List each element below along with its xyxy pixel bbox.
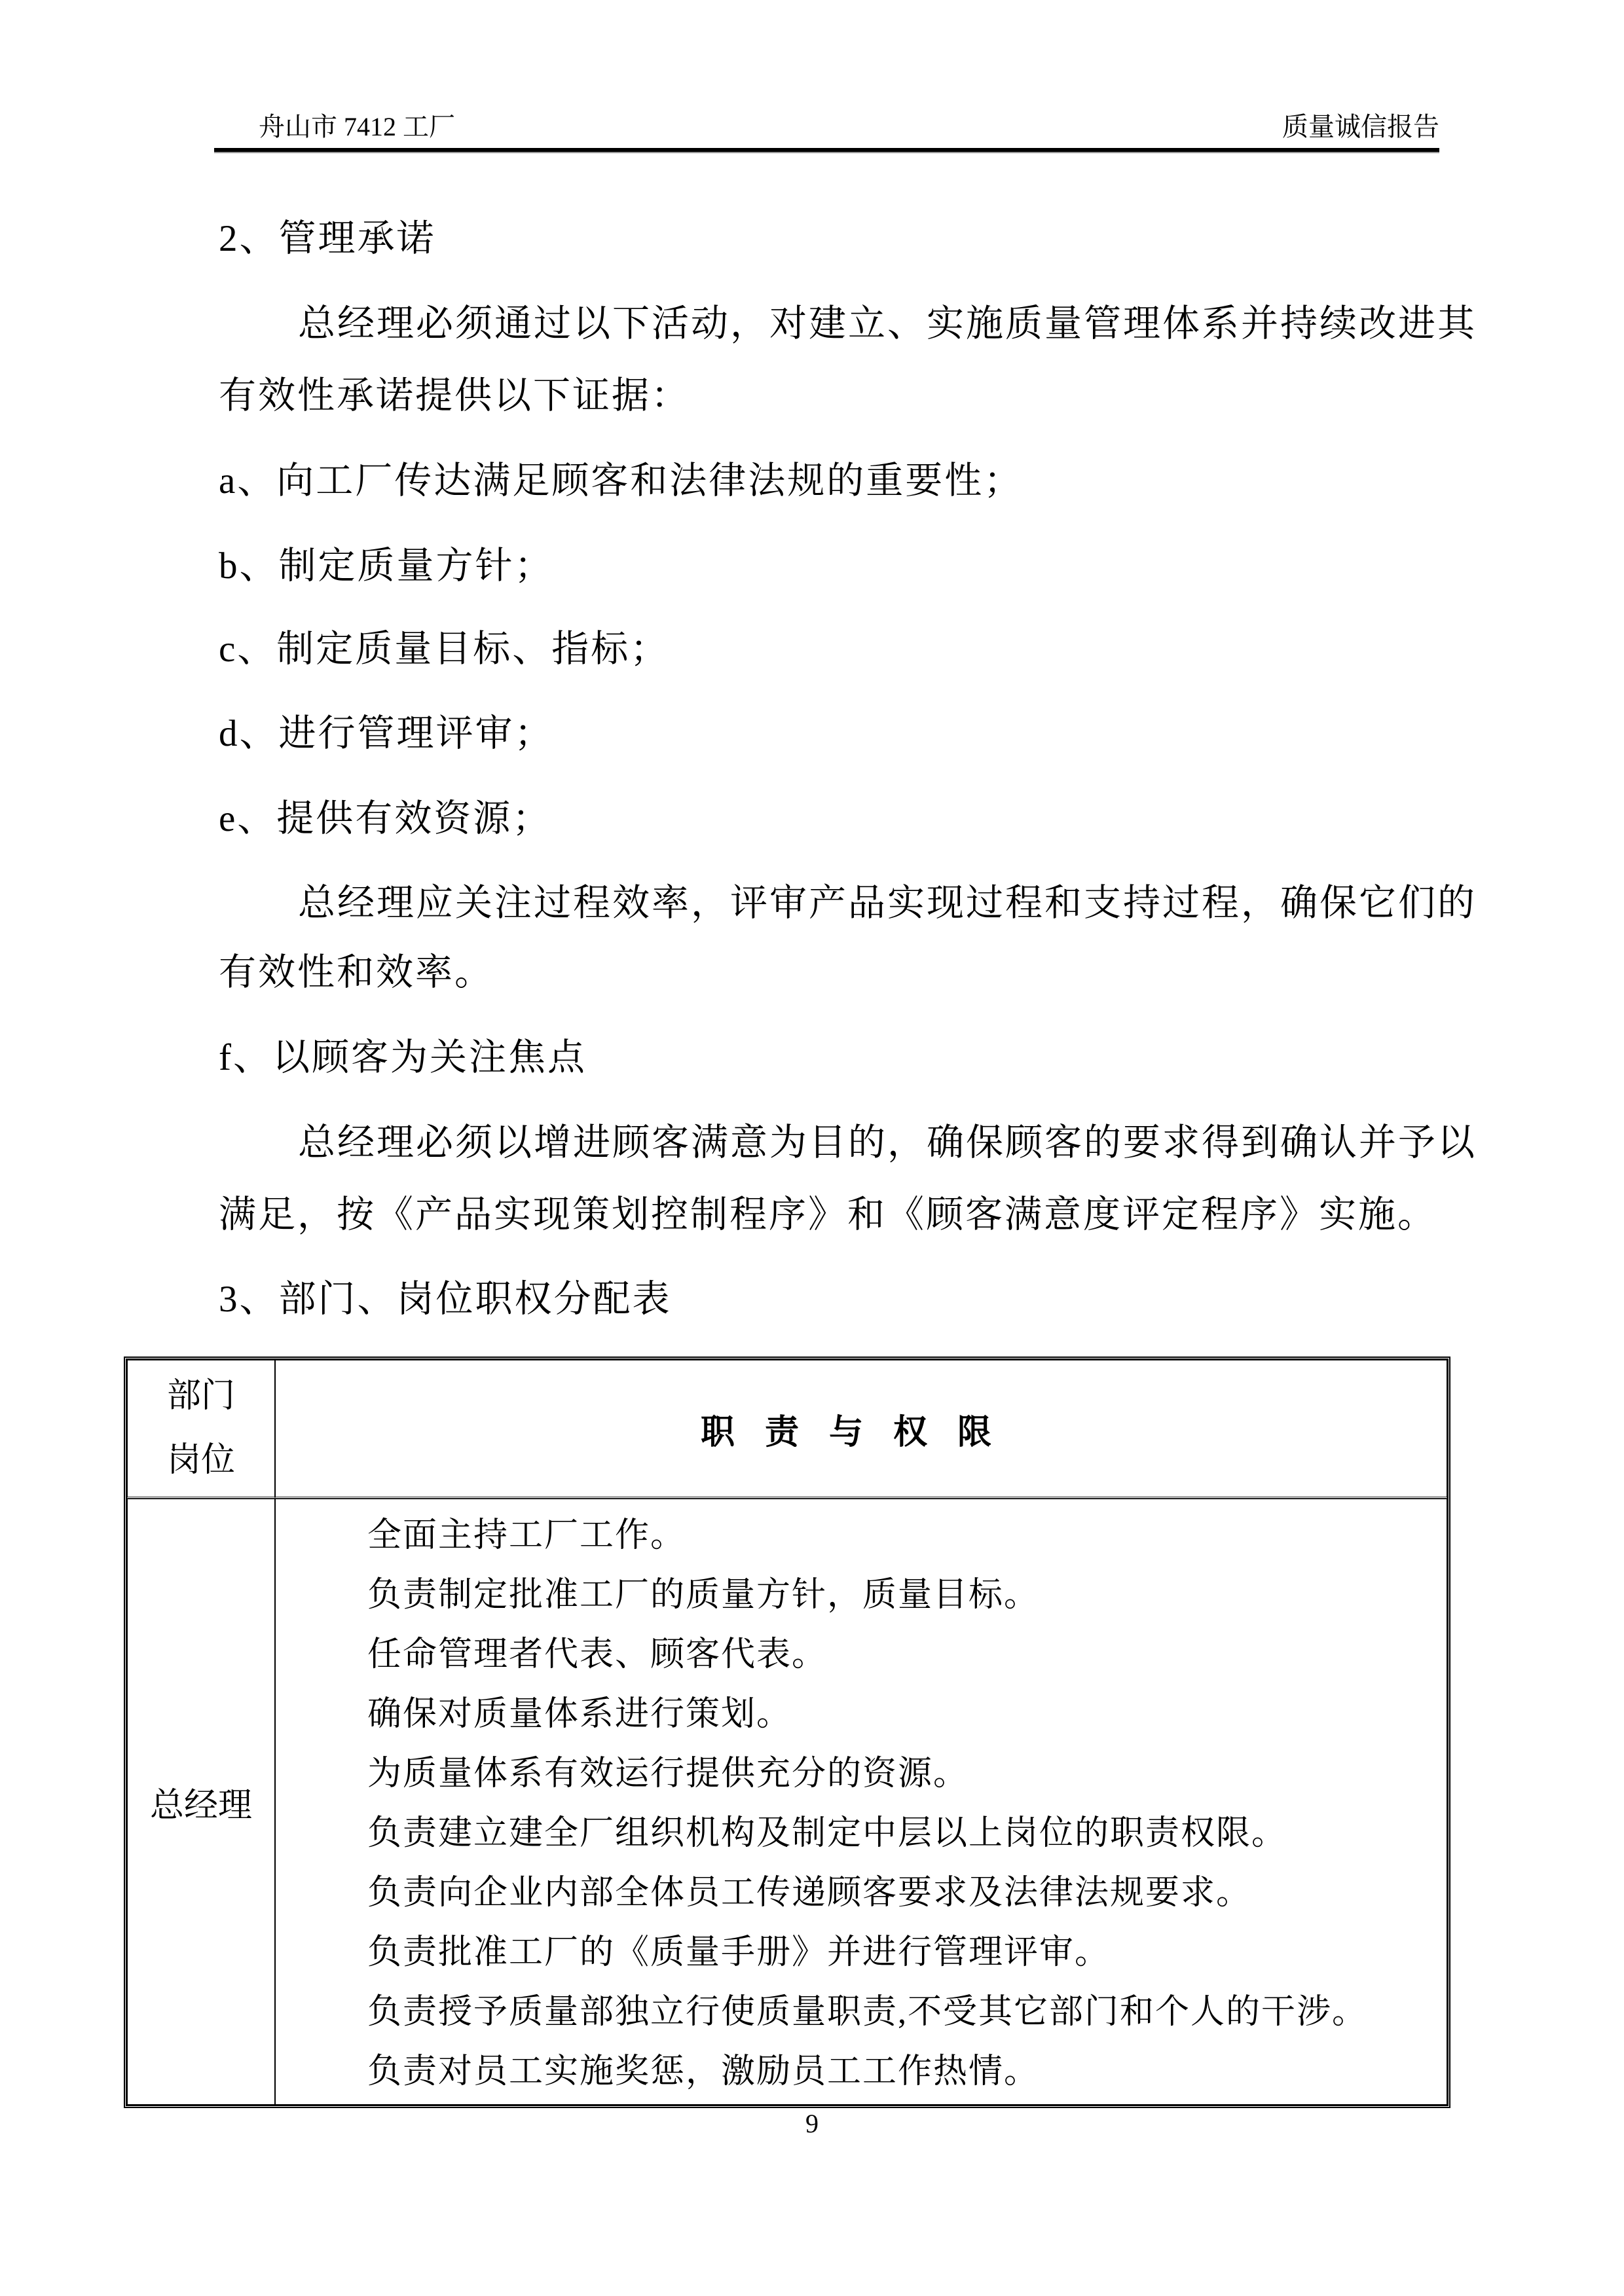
paragraph-2-line-2: 有效性和效率。 (219, 950, 494, 996)
paragraph-2-line-1: 总经理应关注过程效率，评审产品实现过程和支持过程，确保它们的 (298, 881, 1477, 926)
header-rule (214, 148, 1439, 153)
duty-item: 负责对员工实施奖惩，激励员工工作热情。 (367, 2042, 1447, 2102)
paragraph-1-line-1: 总经理必须通过以下活动，对建立、实施质量管理体系并持续改进其 (298, 301, 1477, 347)
header-position-label: 岗位 (128, 1429, 274, 1493)
header-left-title: 舟山市 7412 工厂 (259, 111, 455, 143)
paragraph-3-line-1: 总经理必须以增进顾客满意为目的，确保顾客的要求得到确认并予以 (298, 1120, 1477, 1166)
header-right-title: 质量诚信报告 (1282, 111, 1439, 143)
duty-item: 任命管理者代表、顾客代表。 (367, 1625, 1447, 1685)
duties-cell: 全面主持工厂工作。 负责制定批准工厂的质量方针，质量目标。 任命管理者代表、顾客… (275, 1499, 1447, 2105)
section-heading-3: 3、部门、岗位职权分配表 (219, 1277, 672, 1322)
duty-item: 负责制定批准工厂的质量方针，质量目标。 (367, 1565, 1447, 1625)
header-cell-department: 部门 岗位 (127, 1360, 275, 1499)
list-item-a: a、向工厂传达满足顾客和法律法规的重要性； (219, 458, 1023, 504)
duty-item: 为质量体系有效运行提供充分的资源。 (367, 1744, 1447, 1804)
paragraph-1-line-2: 有效性承诺提供以下证据： (219, 373, 690, 419)
table-header-row: 部门 岗位 职责与权限 (127, 1360, 1447, 1499)
paragraph-3-line-2: 满足，按《产品实现策划控制程序》和《顾客满意度评定程序》实施。 (219, 1192, 1437, 1238)
duty-item: 确保对质量体系进行策划。 (367, 1685, 1447, 1744)
duty-item: 负责授予质量部独立行使质量职责,不受其它部门和个人的干涉。 (367, 1982, 1447, 2042)
duty-item: 负责批准工厂的《质量手册》并进行管理评审。 (367, 1923, 1447, 1982)
list-item-e: e、提供有效资源； (219, 796, 551, 842)
duty-item: 全面主持工厂工作。 (367, 1506, 1447, 1565)
position-cell: 总经理 (127, 1499, 275, 2105)
duty-item: 负责建立建全厂组织机构及制定中层以上岗位的职责权限。 (367, 1804, 1447, 1863)
section-heading-2: 2、管理承诺 (219, 216, 436, 262)
header-cell-duties: 职责与权限 (275, 1360, 1447, 1499)
list-item-f: f、以顾客为关注焦点 (219, 1035, 587, 1081)
header-department-label: 部门 (128, 1364, 274, 1429)
list-item-c: c、制定质量目标、指标； (219, 627, 669, 672)
duty-table: 部门 岗位 职责与权限 总经理 全面主持工厂工作。 负责制定批准工厂的质量方针，… (124, 1357, 1450, 2108)
duty-item: 负责向企业内部全体员工传递顾客要求及法律法规要求。 (367, 1863, 1447, 1923)
list-item-d: d、进行管理评审； (219, 711, 554, 757)
page-number: 9 (0, 2108, 1624, 2139)
list-item-b: b、制定质量方针； (219, 543, 554, 589)
table-row: 总经理 全面主持工厂工作。 负责制定批准工厂的质量方针，质量目标。 任命管理者代… (127, 1499, 1447, 2105)
